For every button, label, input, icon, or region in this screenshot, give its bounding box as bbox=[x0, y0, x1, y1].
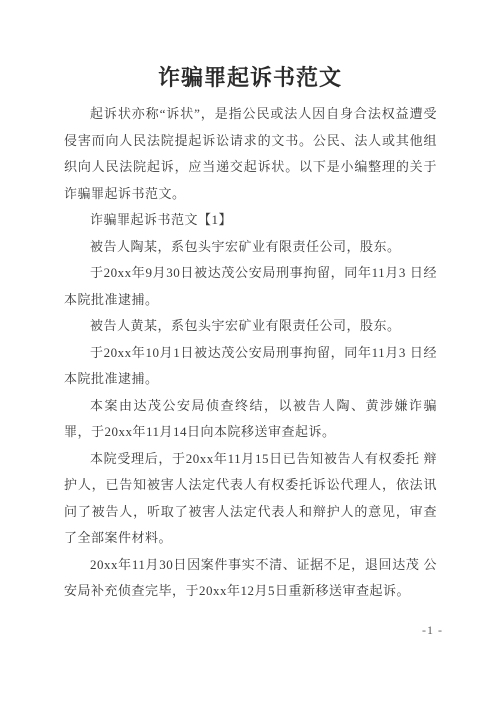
paragraph-acceptance: 本院受理后，于20xx年11月15日已告知被告人有权委托 辩护人，已告知被害人法… bbox=[64, 446, 437, 552]
paragraph-detention-huang: 于20xx年10月1日被达茂公安局刑事拘留，同年11月3 日经本院批准逮捕。 bbox=[64, 340, 437, 393]
paragraph-supplementary: 20xx年11月30日因案件事实不清、证据不足，退回达茂 公安局补充侦查完毕，于… bbox=[64, 552, 437, 605]
paragraph-sample-heading: 诈骗罪起诉书范文【1】 bbox=[64, 207, 437, 234]
document-title: 诈骗罪起诉书范文 bbox=[0, 0, 500, 94]
document-body: 起诉状亦称“诉状”，是指公民或法人因自身合法权益遭受侵害而向人民法院提起诉讼请求… bbox=[64, 101, 437, 605]
paragraph-detention-tao: 于20xx年9月30日被达茂公安局刑事拘留，同年11月3 日经本院批准逮捕。 bbox=[64, 260, 437, 313]
paragraph-defendant-huang: 被告人黄某，系包头宇宏矿业有限责任公司，股东。 bbox=[64, 313, 437, 340]
paragraph-defendant-tao: 被告人陶某，系包头宇宏矿业有限责任公司，股东。 bbox=[64, 234, 437, 261]
page-number: -1 - bbox=[422, 623, 443, 638]
paragraph-intro: 起诉状亦称“诉状”，是指公民或法人因自身合法权益遭受侵害而向人民法院提起诉讼请求… bbox=[64, 101, 437, 207]
paragraph-investigation: 本案由达茂公安局侦查终结，以被告人陶、黄涉嫌诈骗罪，于20xx年11月14日向本… bbox=[64, 393, 437, 446]
document-page: 诈骗罪起诉书范文 起诉状亦称“诉状”，是指公民或法人因自身合法权益遭受侵害而向人… bbox=[0, 0, 500, 707]
